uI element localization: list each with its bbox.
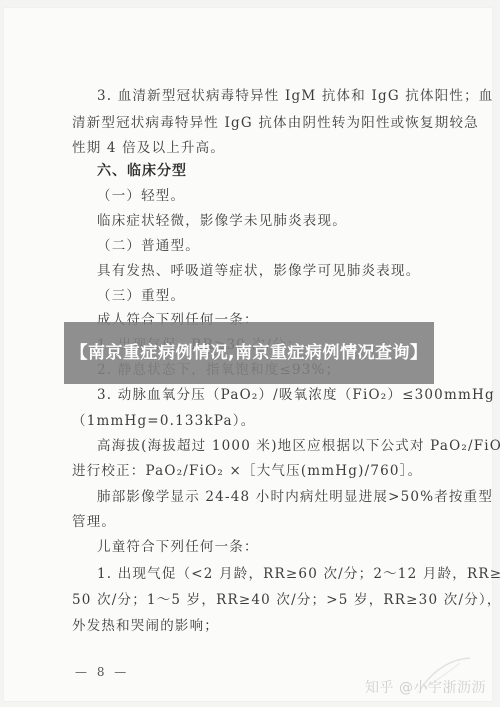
doc-line: 高海拔(海拔超过 1000 米)地区应根据以下公式对 PaO₂/FiO₂: [97, 438, 500, 454]
watermark: 知乎 @小宇浙沥沥: [365, 677, 486, 697]
doc-line: 3. 血清新型冠状病毒特异性 IgM 抗体和 IgG 抗体阳性；血: [97, 88, 494, 104]
title-banner: 【南京重症病例情况,南京重症病例情况查询】: [64, 322, 434, 384]
doc-line: 1. 出现气促（<2 月龄，RR≥60 次/分；2～12 月龄，RR≥: [97, 566, 500, 582]
doc-line: 进行校正：PaO₂/FiO₂ ×［大气压(mmHg)/760］。: [72, 463, 422, 479]
page-number: — 8 —: [75, 665, 129, 679]
doc-line: 临床症状轻微，影像学未见肺炎表现。: [97, 213, 347, 229]
doc-line: 管理。: [72, 514, 116, 530]
doc-line: 清新型冠状病毒特异性 IgG 抗体由阴性转为阳性或恢复期较急: [72, 115, 479, 131]
doc-line: 50 次/分；1～5 岁，RR≥40 次/分；>5 岁，RR≥30 次/分），除: [72, 592, 500, 608]
doc-line: 具有发热、呼吸道等症状，影像学可见肺炎表现。: [97, 263, 420, 279]
doc-line: 肺部影像学显示 24-48 小时内病灶明显进展>50%者按重型: [97, 489, 493, 505]
subsection-heading: （三）重型。: [97, 288, 185, 304]
subsection-heading: （二）普通型。: [97, 238, 200, 254]
doc-line: 外发热和哭闹的影响；: [72, 618, 219, 634]
doc-line: 性期 4 倍及以上升高。: [72, 140, 225, 156]
banner-title: 【南京重症病例情况,南京重症病例情况查询】: [65, 342, 434, 364]
doc-line: 儿童符合下列任何一条：: [97, 539, 259, 555]
subsection-heading: （一）轻型。: [97, 188, 185, 204]
doc-line: （1mmHg=0.133kPa）。: [72, 413, 255, 429]
doc-line: 3. 动脉血氧分压（PaO₂）/吸氧浓度（FiO₂）≤300mmHg: [97, 387, 495, 403]
section-heading: 六、临床分型: [97, 163, 187, 179]
